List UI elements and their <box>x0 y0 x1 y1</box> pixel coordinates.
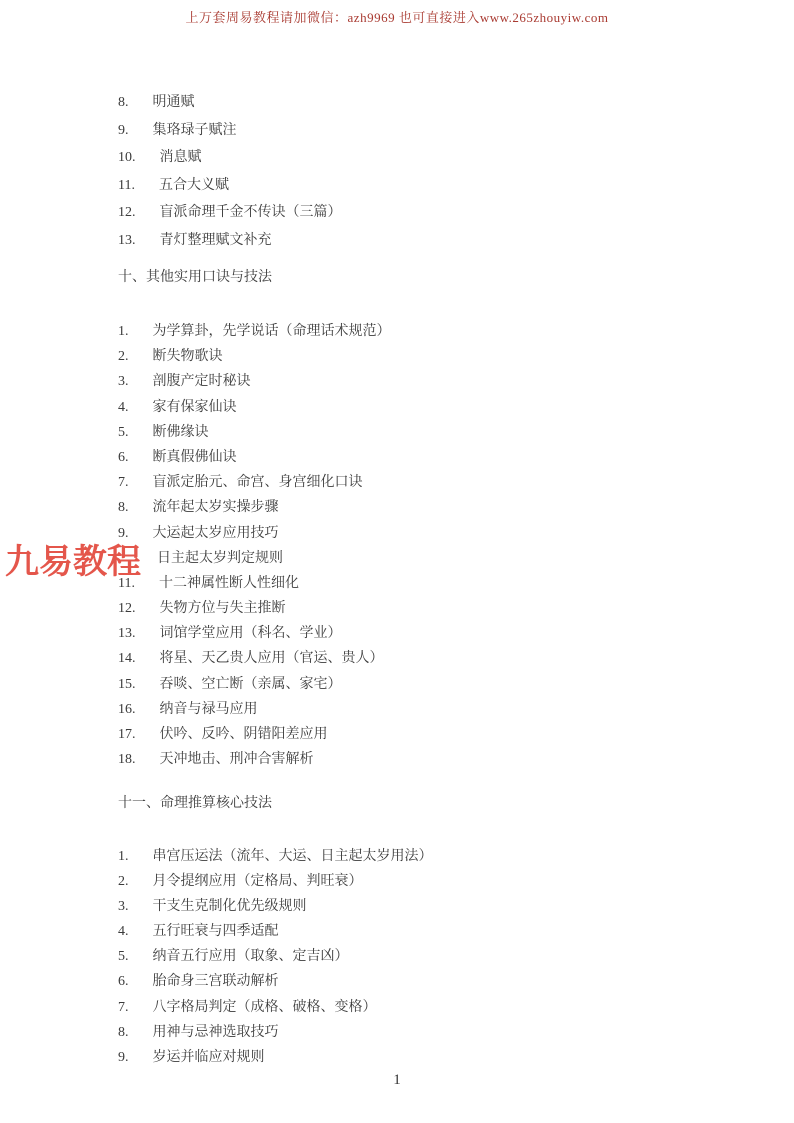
item-text: 岁运并临应对规则 <box>153 1050 265 1065</box>
list-item: 4.家有保家仙诀 <box>118 395 391 420</box>
item-text: 大运起太岁应用技巧 <box>153 526 279 541</box>
item-text: 用神与忌神选取技巧 <box>153 1025 279 1040</box>
page-number: 1 <box>0 1072 794 1089</box>
item-number: 9. <box>118 123 129 138</box>
list-item: 6.断真假佛仙诀 <box>118 445 391 470</box>
watermark-text: 九易教程 <box>5 545 141 579</box>
item-text: 伏吟、反吟、阴错阳差应用 <box>160 727 328 742</box>
item-number: 9. <box>118 526 129 541</box>
toc-list-section-eleven: 1.串宫压运法（流年、大运、日主起太岁用法） 2.月令提纲应用（定格局、判旺衰）… <box>118 844 433 1070</box>
item-text: 剖腹产定时秘诀 <box>153 374 251 389</box>
item-text: 月令提纲应用（定格局、判旺衰） <box>153 874 363 889</box>
item-text: 五行旺衰与四季适配 <box>153 924 279 939</box>
list-item: 3.干支生克制化优先级规则 <box>118 894 433 919</box>
section-title-ten: 十、其他实用口诀与技法 <box>118 266 272 286</box>
item-number: 6. <box>118 974 129 989</box>
item-text: 盲派定胎元、命宫、身宫细化口诀 <box>153 475 363 490</box>
item-text: 集珞琭子赋注 <box>153 123 237 138</box>
list-item: 2.月令提纲应用（定格局、判旺衰） <box>118 869 433 894</box>
list-item: 9.集珞琭子赋注 <box>118 117 342 145</box>
list-item: 2.断失物歌诀 <box>118 344 391 369</box>
item-number: 5. <box>118 949 129 964</box>
page-header-text: 上万套周易教程请加微信：azh9969 也可直接进入www.265zhouyiw… <box>0 7 794 26</box>
item-number: 8. <box>118 1025 129 1040</box>
item-text: 吞啖、空亡断（亲属、家宅） <box>160 677 342 692</box>
item-text: 流年起太岁实操步骤 <box>153 500 279 515</box>
item-number: 6. <box>118 450 129 465</box>
list-item: 8.流年起太岁实操步骤 <box>118 495 391 520</box>
list-item: 1.串宫压运法（流年、大运、日主起太岁用法） <box>118 844 433 869</box>
item-text: 消息赋 <box>160 150 202 165</box>
item-text: 将星、天乙贵人应用（官运、贵人） <box>160 651 384 666</box>
item-number: 4. <box>118 924 129 939</box>
item-number: 8. <box>118 500 129 515</box>
item-text: 断佛缘诀 <box>153 425 209 440</box>
list-item: 8.明通赋 <box>118 89 342 117</box>
item-text: 盲派命理千金不传诀（三篇） <box>160 205 342 220</box>
item-text: 断真假佛仙诀 <box>153 450 237 465</box>
list-item: 9.岁运并临应对规则 <box>118 1045 433 1070</box>
item-number: 15. <box>118 677 136 692</box>
item-number: 1. <box>118 849 129 864</box>
item-number: 5. <box>118 425 129 440</box>
list-item: 15.吞啖、空亡断（亲属、家宅） <box>118 672 391 697</box>
item-number: 11. <box>118 178 135 193</box>
toc-list-top: 8.明通赋 9.集珞琭子赋注 10.消息赋 11.五合大义赋 12.盲派命理千金… <box>118 89 342 255</box>
item-number: 14. <box>118 651 136 666</box>
list-item: 18.天冲地击、刑冲合害解析 <box>118 747 391 772</box>
item-text: 纳音与禄马应用 <box>160 702 258 717</box>
item-text: 胎命身三宫联动解析 <box>153 974 279 989</box>
list-item: 8.用神与忌神选取技巧 <box>118 1020 433 1045</box>
item-text: 纳音五行应用（取象、定吉凶） <box>153 949 349 964</box>
document-page: 上万套周易教程请加微信：azh9969 也可直接进入www.265zhouyiw… <box>0 0 794 1123</box>
item-text: 八字格局判定（成格、破格、变格） <box>153 1000 377 1015</box>
item-text: 干支生克制化优先级规则 <box>153 899 307 914</box>
toc-list-section-ten: 1.为学算卦，先学说话（命理话术规范） 2.断失物歌诀 3.剖腹产定时秘诀 4.… <box>118 319 391 772</box>
item-text: 青灯整理赋文补充 <box>160 233 272 248</box>
list-item: 5.纳音五行应用（取象、定吉凶） <box>118 944 433 969</box>
item-text: 十二神属性断人性细化 <box>159 576 299 591</box>
item-number: 7. <box>118 475 129 490</box>
list-item: 13.青灯整理赋文补充 <box>118 227 342 255</box>
item-number: 2. <box>118 349 129 364</box>
item-number: 9. <box>118 1050 129 1065</box>
item-text: 家有保家仙诀 <box>153 400 237 415</box>
list-item: 7.八字格局判定（成格、破格、变格） <box>118 995 433 1020</box>
item-number: 10. <box>118 150 136 165</box>
item-text: 日主起太岁判定规则 <box>157 551 283 566</box>
item-number: 13. <box>118 233 136 248</box>
item-number: 7. <box>118 1000 129 1015</box>
list-item: 日主起太岁判定规则 <box>118 546 391 571</box>
item-number: 16. <box>118 702 136 717</box>
item-text: 五合大义赋 <box>159 178 229 193</box>
list-item: 3.剖腹产定时秘诀 <box>118 369 391 394</box>
item-number: 8. <box>118 95 129 110</box>
item-text: 词馆学堂应用（科名、学业） <box>160 626 342 641</box>
item-text: 断失物歌诀 <box>153 349 223 364</box>
item-text: 串宫压运法（流年、大运、日主起太岁用法） <box>153 849 433 864</box>
item-number: 1. <box>118 324 129 339</box>
item-text: 天冲地击、刑冲合害解析 <box>160 752 314 767</box>
list-item: 17.伏吟、反吟、阴错阳差应用 <box>118 722 391 747</box>
item-text: 为学算卦，先学说话（命理话术规范） <box>153 324 391 339</box>
item-text: 失物方位与失主推断 <box>160 601 286 616</box>
list-item: 16.纳音与禄马应用 <box>118 697 391 722</box>
item-number: 13. <box>118 626 136 641</box>
item-number: 4. <box>118 400 129 415</box>
item-number: 12. <box>118 601 136 616</box>
list-item: 11.十二神属性断人性细化 <box>118 571 391 596</box>
list-item: 14.将星、天乙贵人应用（官运、贵人） <box>118 646 391 671</box>
list-item: 6.胎命身三宫联动解析 <box>118 969 433 994</box>
list-item: 12.盲派命理千金不传诀（三篇） <box>118 199 342 227</box>
list-item: 1.为学算卦，先学说话（命理话术规范） <box>118 319 391 344</box>
list-item: 9.大运起太岁应用技巧 <box>118 521 391 546</box>
item-number: 18. <box>118 752 136 767</box>
item-number: 3. <box>118 899 129 914</box>
section-title-eleven: 十一、命理推算核心技法 <box>118 792 272 812</box>
list-item: 12.失物方位与失主推断 <box>118 596 391 621</box>
item-number: 3. <box>118 374 129 389</box>
item-text: 明通赋 <box>153 95 195 110</box>
item-number: 12. <box>118 205 136 220</box>
list-item: 4.五行旺衰与四季适配 <box>118 919 433 944</box>
item-number: 17. <box>118 727 136 742</box>
item-number: 2. <box>118 874 129 889</box>
list-item: 7.盲派定胎元、命宫、身宫细化口诀 <box>118 470 391 495</box>
list-item: 11.五合大义赋 <box>118 172 342 200</box>
list-item: 10.消息赋 <box>118 144 342 172</box>
list-item: 13.词馆学堂应用（科名、学业） <box>118 621 391 646</box>
list-item: 5.断佛缘诀 <box>118 420 391 445</box>
